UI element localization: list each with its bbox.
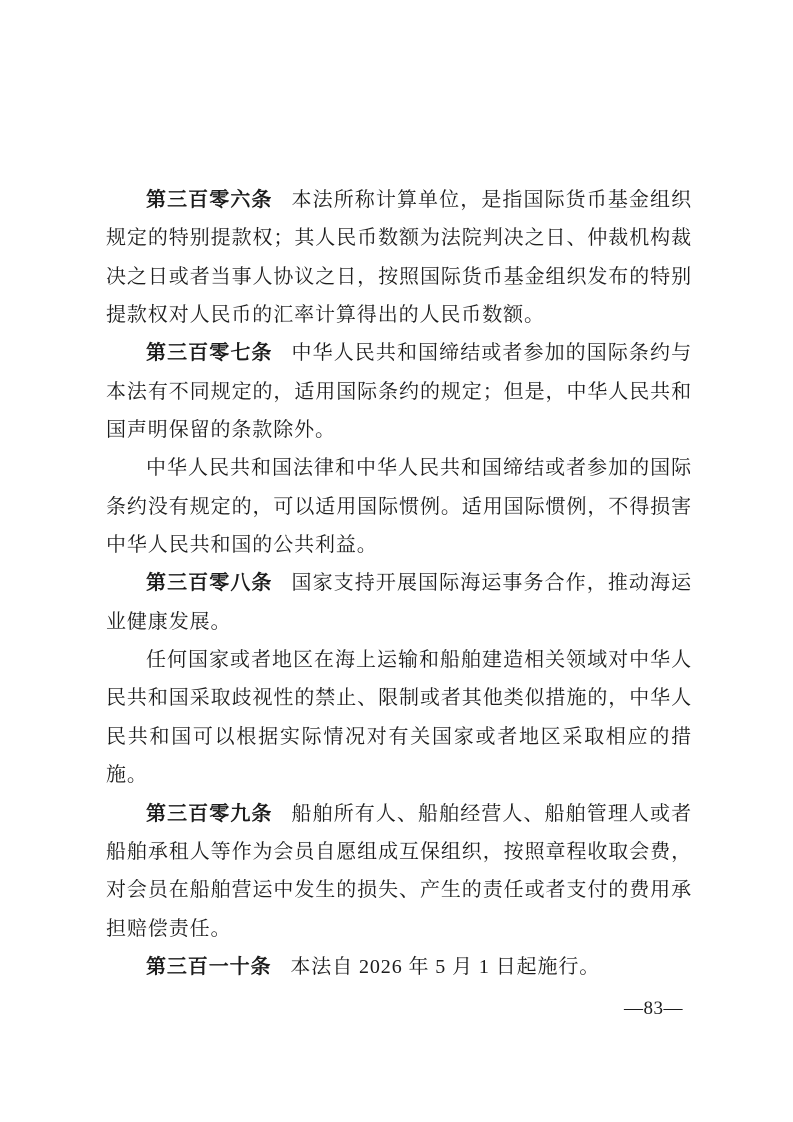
law-paragraph: 中华人民共和国法律和中华人民共和国缔结或者参加的国际条约没有规定的，可以适用国际… bbox=[106, 449, 692, 564]
law-paragraph: 第三百零九条船舶所有人、船舶经营人、船舶管理人或者船舶承租人等作为会员自愿组成互… bbox=[106, 795, 692, 948]
law-paragraph: 第三百零六条本法所称计算单位，是指国际货币基金组织规定的特别提款权；其人民币数额… bbox=[106, 181, 692, 334]
article-number: 第三百零七条 bbox=[146, 342, 273, 364]
article-text: 任何国家或者地区在海上运输和船舶建造相关领域对中华人民共和国采取歧视性的禁止、限… bbox=[106, 649, 692, 786]
article-number: 第三百零八条 bbox=[146, 572, 273, 594]
law-paragraph: 第三百一十条本法自 2026 年 5 月 1 日起施行。 bbox=[106, 948, 692, 986]
article-text: 中华人民共和国法律和中华人民共和国缔结或者参加的国际条约没有规定的，可以适用国际… bbox=[106, 457, 692, 556]
article-number: 第三百零六条 bbox=[146, 189, 273, 211]
page-number: —83— bbox=[624, 998, 683, 1020]
law-text-block: 第三百零六条本法所称计算单位，是指国际货币基金组织规定的特别提款权；其人民币数额… bbox=[106, 181, 692, 986]
article-number: 第三百零九条 bbox=[146, 803, 273, 825]
law-paragraph: 任何国家或者地区在海上运输和船舶建造相关领域对中华人民共和国采取歧视性的禁止、限… bbox=[106, 641, 692, 794]
document-page: 第三百零六条本法所称计算单位，是指国际货币基金组织规定的特别提款权；其人民币数额… bbox=[0, 0, 793, 1122]
article-number: 第三百一十条 bbox=[146, 956, 271, 978]
law-paragraph: 第三百零八条国家支持开展国际海运事务合作，推动海运业健康发展。 bbox=[106, 564, 692, 641]
law-paragraph: 第三百零七条中华人民共和国缔结或者参加的国际条约与本法有不同规定的，适用国际条约… bbox=[106, 334, 692, 449]
article-text: 本法自 2026 年 5 月 1 日起施行。 bbox=[290, 956, 600, 978]
